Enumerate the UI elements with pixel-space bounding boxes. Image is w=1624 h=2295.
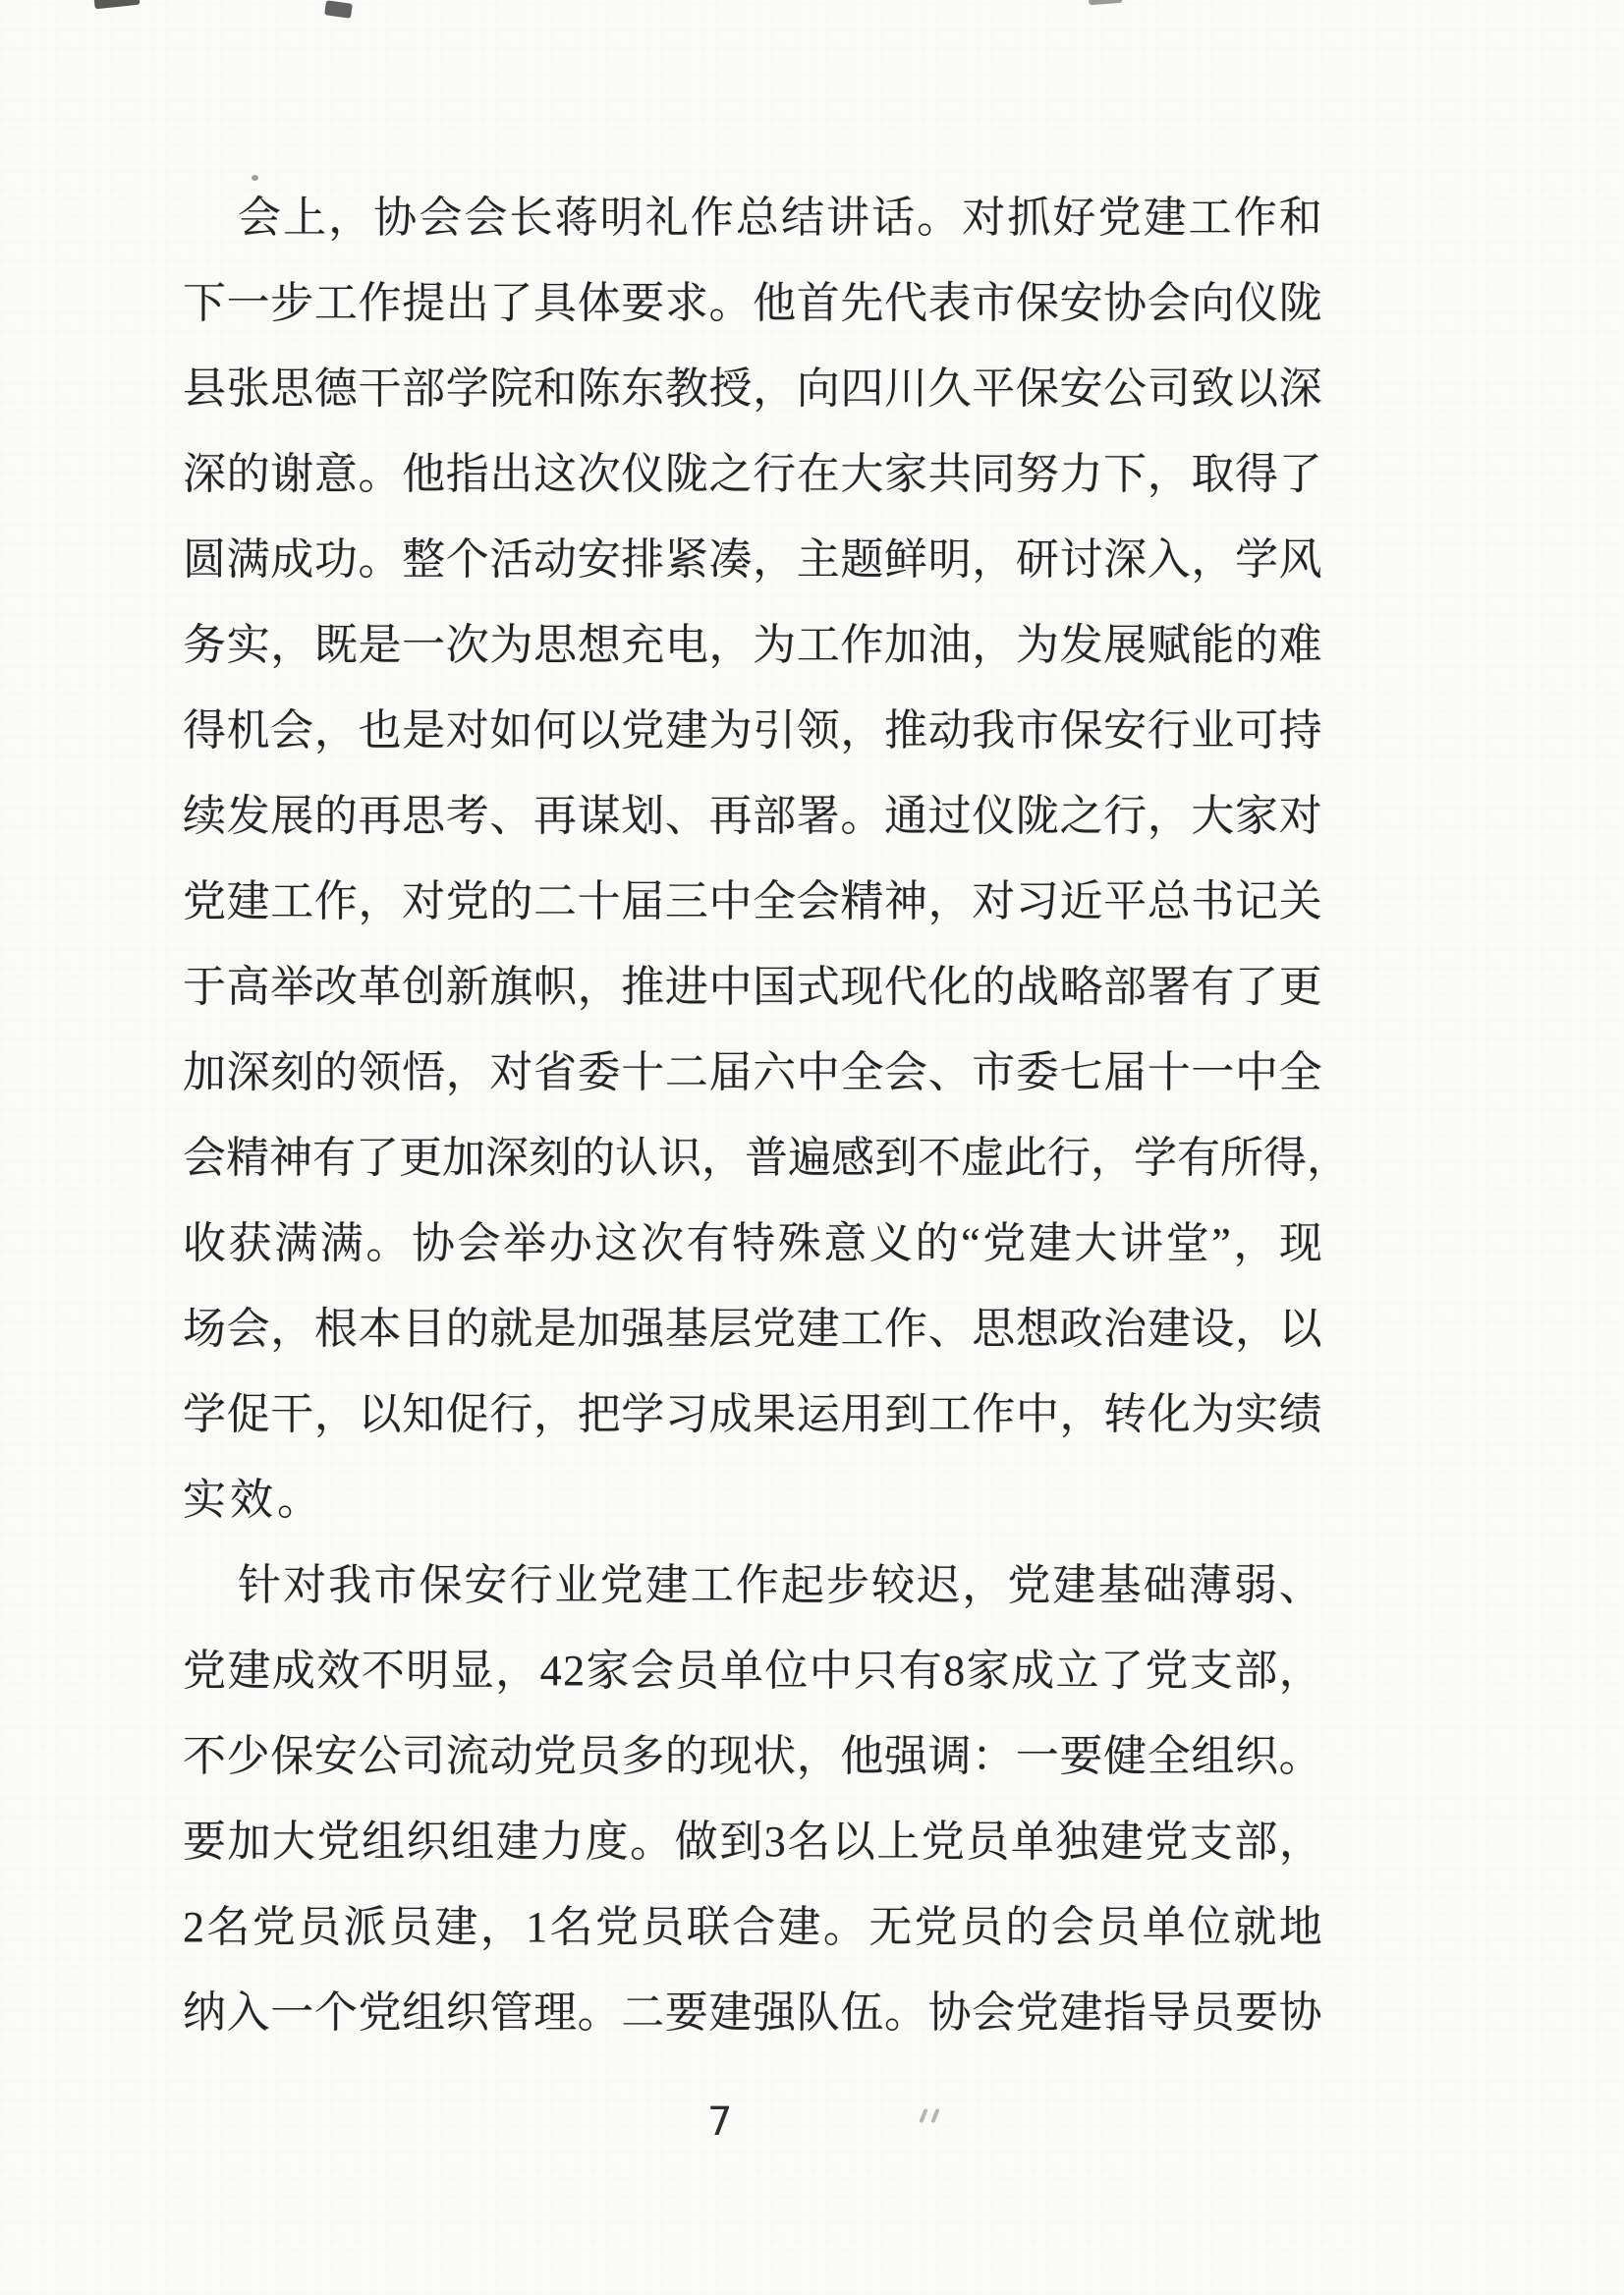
text-line: 针对我市保安行业党建工作起步较迟，党建基础薄弱、 (183, 1542, 1322, 1628)
text-line: 深的谢意。他指出这次仪陇之行在大家共同努力下，取得了 (183, 431, 1322, 517)
text-line: 纳入一个党组织管理。二要建强队伍。协会党建指导员要协 (183, 1970, 1322, 2055)
page-number: 7 (707, 2093, 732, 2152)
text-line: 2名党员派员建，1名党员联合建。无党员的会员单位就地 (183, 1884, 1322, 1970)
text-line: 务实，既是一次为思想充电，为工作加油，为发展赋能的难 (183, 602, 1322, 688)
text-line: 会上，协会会长蒋明礼作总结讲话。对抓好党建工作和 (183, 175, 1322, 260)
text-line: 党建工作，对党的二十届三中全会精神，对习近平总书记关 (183, 859, 1322, 944)
text-line: 县张思德干部学院和陈东教授，向四川久平保安公司致以深 (183, 346, 1322, 431)
text-line: 下一步工作提出了具体要求。他首先代表市保安协会向仪陇 (183, 260, 1322, 346)
text-line: 收获满满。协会举办这次有特殊意义的“党建大讲堂”，现 (183, 1201, 1322, 1286)
text-line: 党建成效不明显，42家会员单位中只有8家成立了党支部， (183, 1628, 1322, 1713)
text-line: 圆满成功。整个活动安排紧凑，主题鲜明，研讨深入，学风 (183, 517, 1322, 602)
text-line: 加深刻的领悟，对省委十二届六中全会、市委七届十一中全 (183, 1030, 1322, 1115)
scan-artifact (930, 2108, 939, 2123)
scan-artifact (919, 2108, 927, 2123)
text-line: 续发展的再思考、再谋划、再部署。通过仪陇之行，大家对 (183, 773, 1322, 859)
text-line: 场会，根本目的就是加强基层党建工作、思想政治建设，以 (183, 1286, 1322, 1371)
scan-artifact (1089, 0, 1123, 5)
text-line: 实效。 (183, 1457, 1322, 1542)
text-line: 学促干，以知促行，把学习成果运用到工作中，转化为实绩 (183, 1371, 1322, 1457)
scan-artifact (93, 0, 140, 9)
text-line: 不少保安公司流动党员多的现状，他强调：一要健全组织。 (183, 1713, 1322, 1799)
scan-artifact (324, 0, 353, 19)
text-line: 要加大党组织组建力度。做到3名以上党员单独建党支部， (183, 1799, 1322, 1884)
text-line: 会精神有了更加深刻的认识，普遍感到不虚此行，学有所得， (183, 1115, 1322, 1201)
document-page: 会上，协会会长蒋明礼作总结讲话。对抓好党建工作和下一步工作提出了具体要求。他首先… (0, 0, 1624, 2295)
text-line: 于高举改革创新旗帜，推进中国式现代化的战略部署有了更 (183, 944, 1322, 1030)
document-body: 会上，协会会长蒋明礼作总结讲话。对抓好党建工作和下一步工作提出了具体要求。他首先… (183, 175, 1322, 2055)
text-line: 得机会，也是对如何以党建为引领，推动我市保安行业可持 (183, 688, 1322, 773)
